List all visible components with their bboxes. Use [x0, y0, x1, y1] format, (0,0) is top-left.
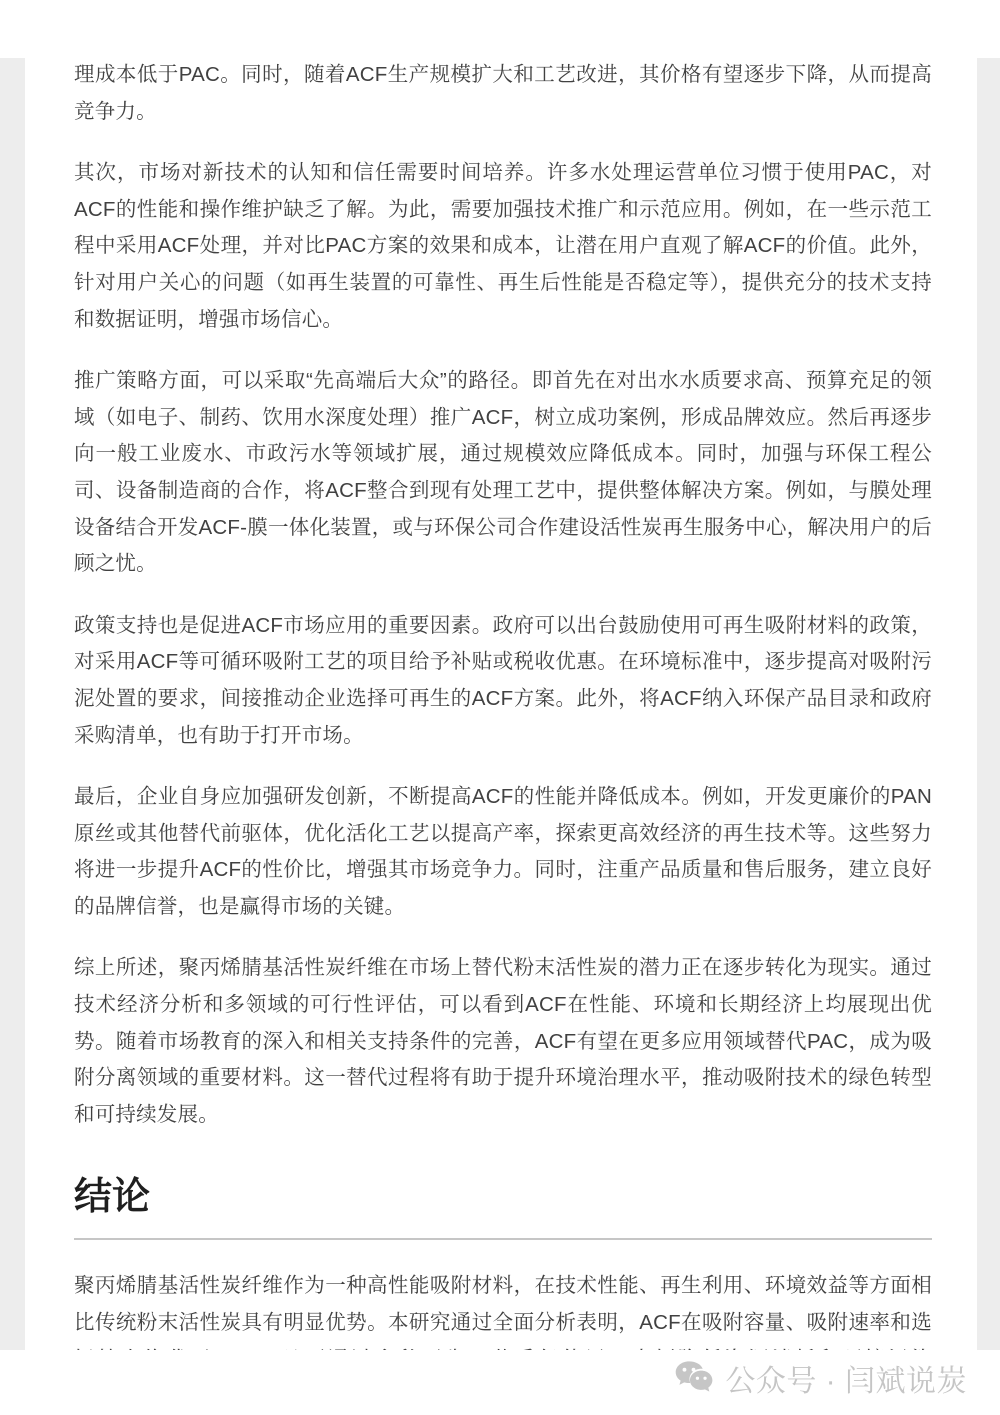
heading-divider: [74, 1238, 932, 1240]
watermark-label: 公众号 · 闫斌说炭: [725, 1356, 967, 1400]
body-paragraph: 综上所述，聚丙烯腈基活性炭纤维在市场上替代粉末活性炭的潜力正在逐步转化为现实。通…: [74, 950, 932, 1133]
body-paragraph: 最后，企业自身应加强研发创新，不断提高ACF的性能并降低成本。例如，开发更廉价的…: [74, 779, 932, 925]
wechat-logo-icon: [674, 1359, 714, 1397]
body-paragraph: 理成本低于PAC。同时，随着ACF生产规模扩大和工艺改进，其价格有望逐步下降，从…: [74, 57, 932, 130]
page-right-margin: [977, 58, 1000, 1350]
watermark-bar: 公众号 · 闫斌说炭: [0, 1350, 1000, 1415]
body-paragraph: 推广策略方面，可以采取“先高端后大众”的路径。即首先在对出水水质要求高、预算充足…: [74, 363, 932, 583]
section-heading: 结论: [74, 1177, 932, 1217]
body-paragraph: 政策支持也是促进ACF市场应用的重要因素。政府可以出台鼓励使用可再生吸附材料的政…: [74, 608, 932, 754]
article-body: 理成本低于PAC。同时，随着ACF生产规模扩大和工艺改进，其价格有望逐步下降，从…: [74, 57, 932, 1415]
page-left-margin: [0, 58, 25, 1350]
body-paragraph: 其次，市场对新技术的认知和信任需要时间培养。许多水处理运营单位习惯于使用PAC，…: [74, 155, 932, 338]
